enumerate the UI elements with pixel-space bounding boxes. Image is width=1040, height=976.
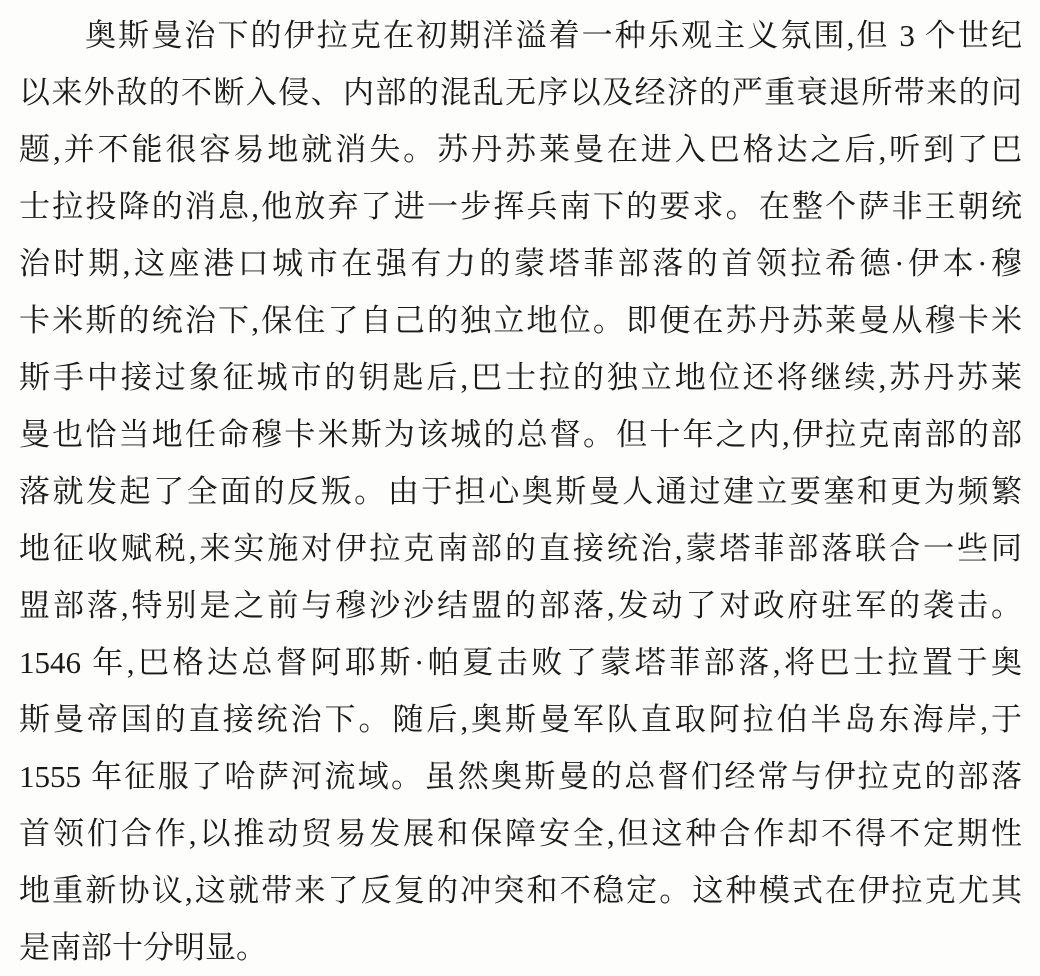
text-line: 治时期,这座港口城市在强有力的蒙塔菲部落的首领拉希德·伊本·穆 bbox=[19, 235, 1022, 292]
text-line: 曼也恰当地任命穆卡米斯为该城的总督。但十年之内,伊拉克南部的部 bbox=[19, 406, 1022, 463]
text-line: 是南部十分明显。 bbox=[19, 919, 1022, 976]
text-line: 首领们合作,以推动贸易发展和保障安全,但这种合作却不得不定期性 bbox=[19, 805, 1022, 862]
text-line: 题,并不能很容易地就消失。苏丹苏莱曼在进入巴格达之后,听到了巴 bbox=[19, 121, 1022, 178]
text-line: 以来外敌的不断入侵、内部的混乱无序以及经济的严重衰退所带来的问 bbox=[19, 64, 1022, 121]
text-line: 地重新协议,这就带来了反复的冲突和不稳定。这种模式在伊拉克尤其 bbox=[19, 862, 1022, 919]
text-line: 落就发起了全面的反叛。由于担心奥斯曼人通过建立要塞和更为频繁 bbox=[19, 463, 1022, 520]
paragraph: 奥斯曼治下的伊拉克在初期洋溢着一种乐观主义氛围,但 3 个世纪 以来外敌的不断入… bbox=[19, 7, 1022, 976]
text-line: 士拉投降的消息,他放弃了进一步挥兵南下的要求。在整个萨非王朝统 bbox=[19, 178, 1022, 235]
text-line: 1555 年征服了哈萨河流域。虽然奥斯曼的总督们经常与伊拉克的部落 bbox=[19, 748, 1022, 805]
text-line: 卡米斯的统治下,保住了自己的独立地位。即便在苏丹苏莱曼从穆卡米 bbox=[19, 292, 1022, 349]
text-line: 奥斯曼治下的伊拉克在初期洋溢着一种乐观主义氛围,但 3 个世纪 bbox=[19, 7, 1022, 64]
text-line: 1546 年,巴格达总督阿耶斯·帕夏击败了蒙塔菲部落,将巴士拉置于奥 bbox=[19, 634, 1022, 691]
text-line: 地征收赋税,来实施对伊拉克南部的直接统治,蒙塔菲部落联合一些同 bbox=[19, 520, 1022, 577]
text-line: 斯曼帝国的直接统治下。随后,奥斯曼军队直取阿拉伯半岛东海岸,于 bbox=[19, 691, 1022, 748]
text-line: 斯手中接过象征城市的钥匙后,巴士拉的独立地位还将继续,苏丹苏莱 bbox=[19, 349, 1022, 406]
book-page: 奥斯曼治下的伊拉克在初期洋溢着一种乐观主义氛围,但 3 个世纪 以来外敌的不断入… bbox=[0, 0, 1040, 976]
text-line: 盟部落,特别是之前与穆沙沙结盟的部落,发动了对政府驻军的袭击。 bbox=[19, 577, 1022, 634]
